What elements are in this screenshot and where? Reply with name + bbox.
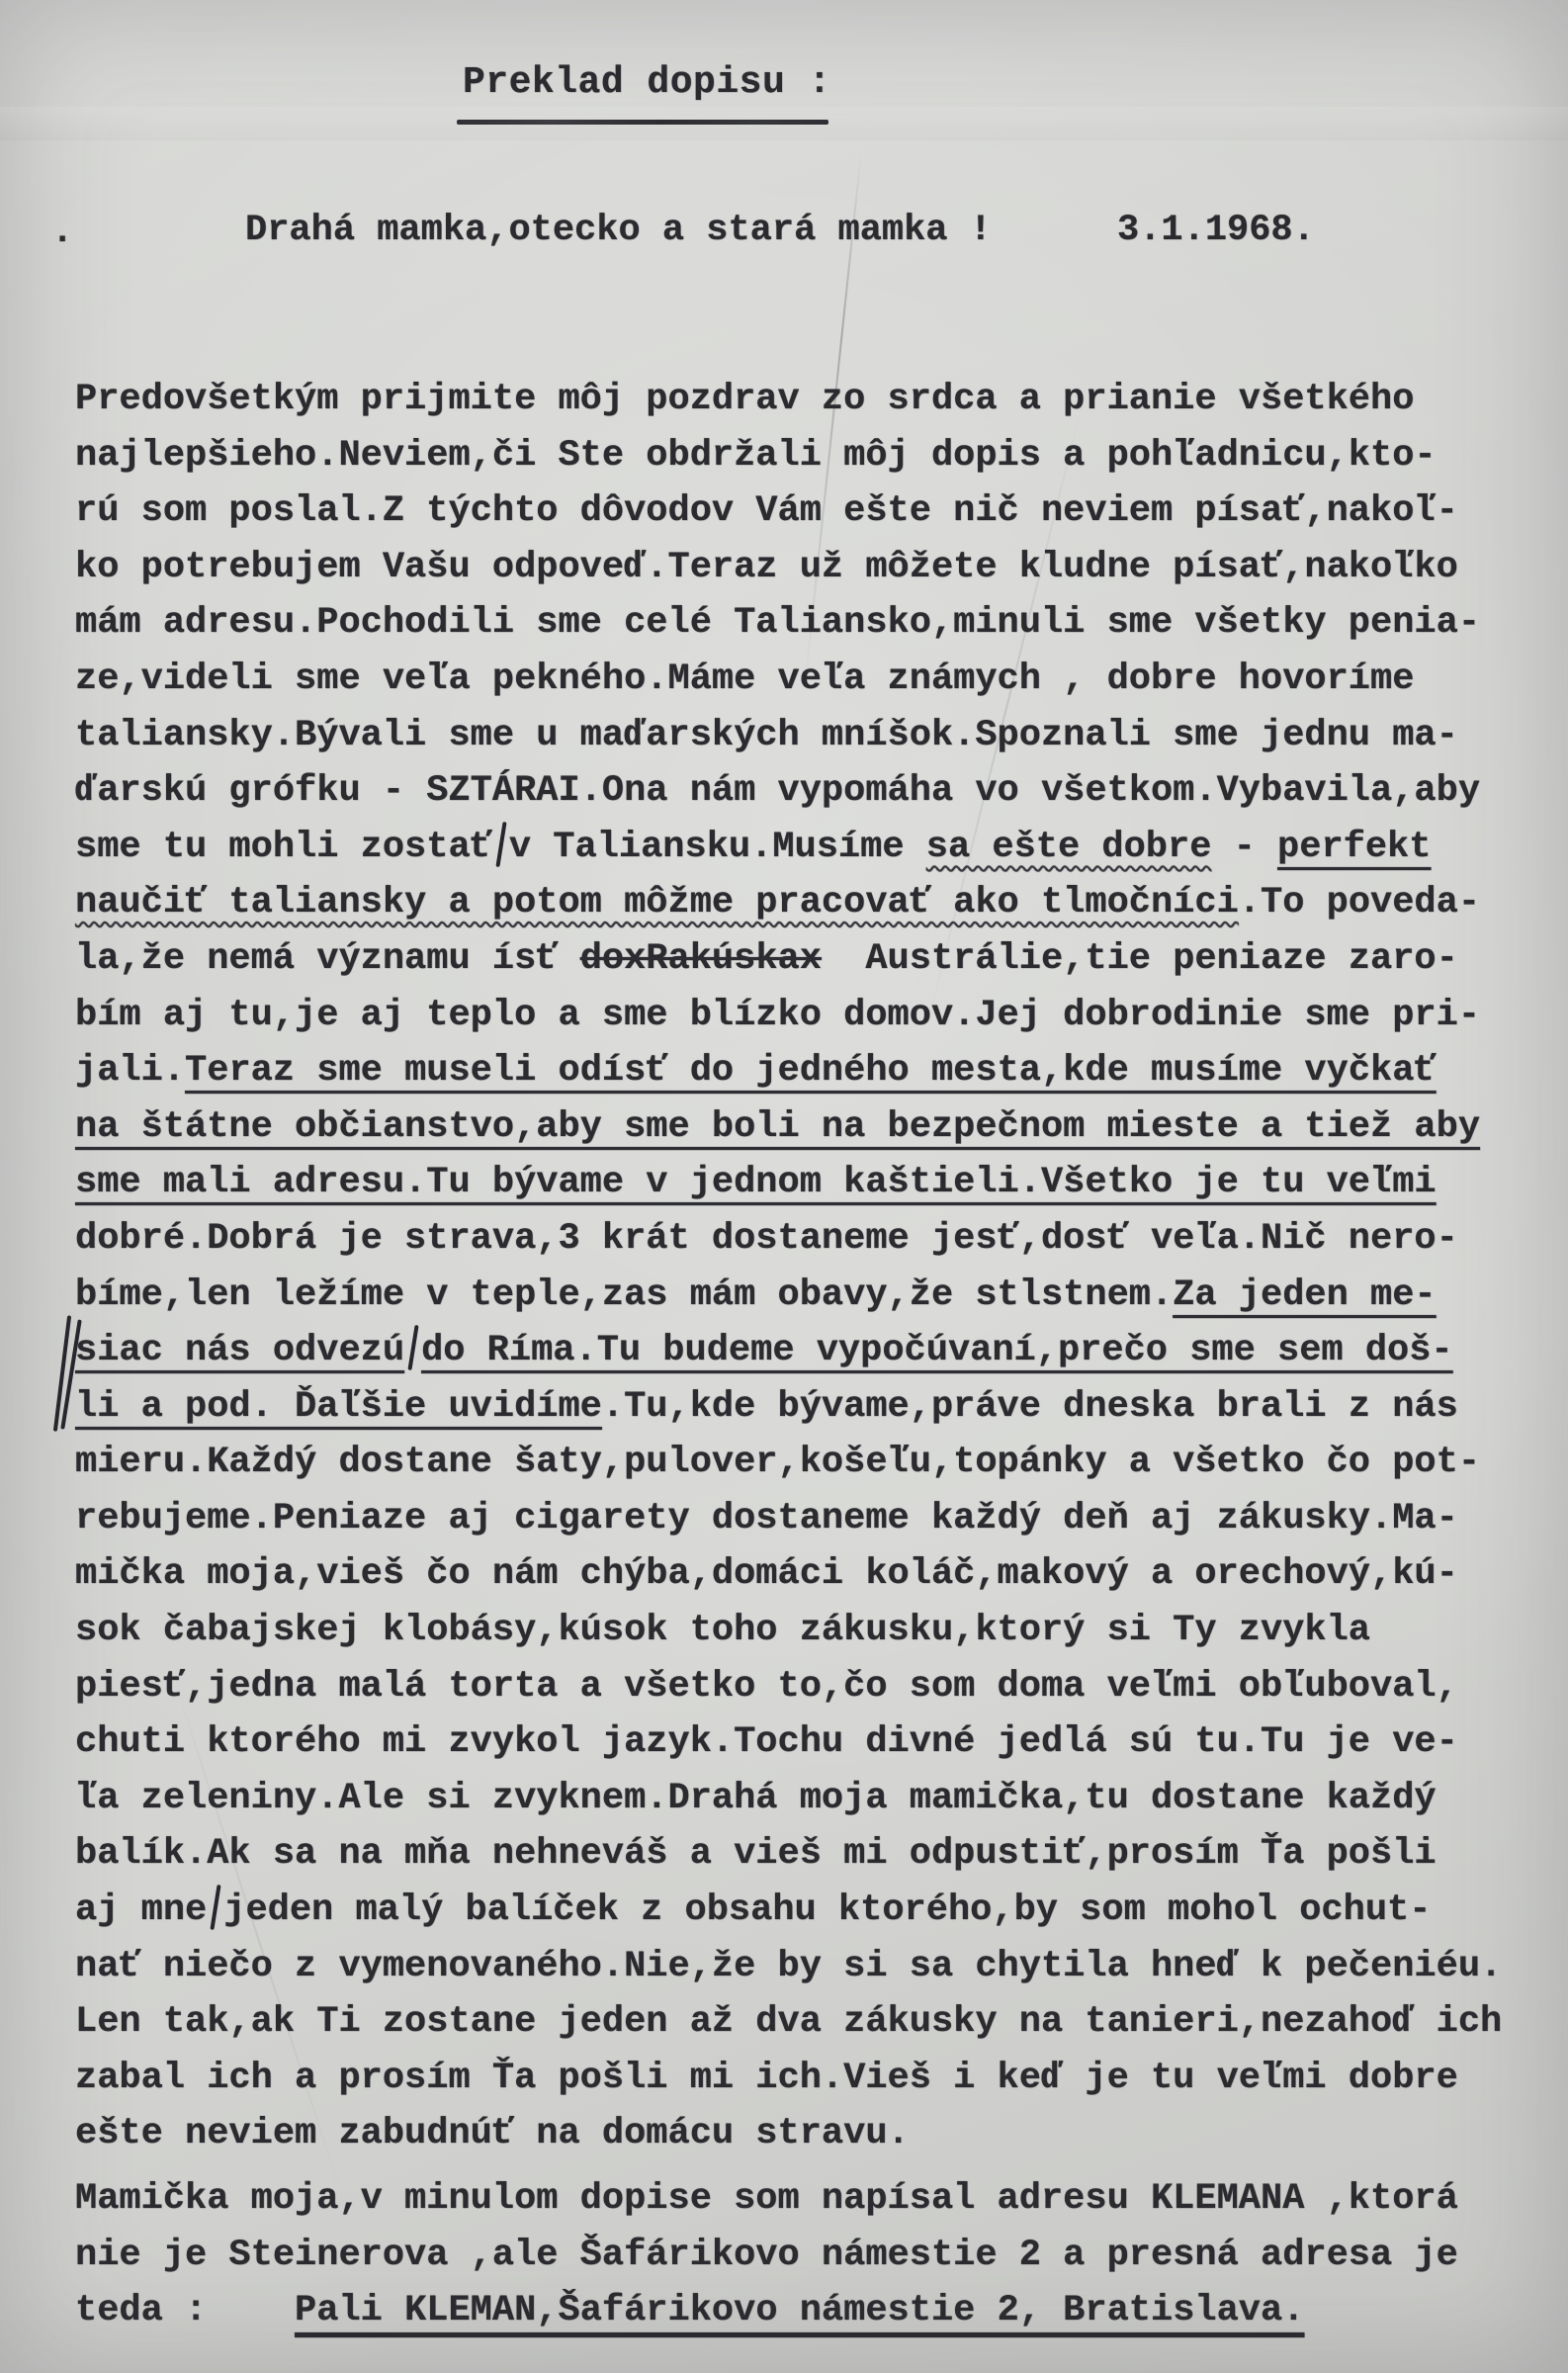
text-segment: ko potrebujem Vašu odpoveď.Teraz už môže…: [75, 547, 1458, 588]
text-segment: -: [1211, 827, 1277, 868]
text-line: ďarskú grófku - SZTÁRAI.Ona nám vypomáha…: [75, 763, 1502, 820]
text-line: naučiť taliansky a potom môžme pracovať …: [75, 875, 1502, 931]
text-segment: zabal ich a prosím Ťa pošli mi ich.Vieš …: [75, 2058, 1458, 2099]
text-line: la,že nemá významu ísť doxRakúskax Austr…: [75, 931, 1502, 988]
text-segment: Predovšetkým prijmite môj pozdrav zo srd…: [75, 379, 1414, 420]
pen-tick-mark: [407, 1325, 418, 1370]
text-line: najlepšieho.Neviem,či Ste obdržali môj d…: [75, 428, 1502, 484]
text-segment: ďarskú grófku - SZTÁRAI.Ona nám vypomáha…: [75, 770, 1480, 812]
struck-text: doxRakúskax: [580, 938, 822, 980]
text-segment: najlepšieho.Neviem,či Ste obdržali môj d…: [75, 435, 1437, 477]
text-segment: bím aj tu,je aj teplo a sme blízko domov…: [75, 995, 1480, 1036]
text-line: siac nás odvezúdo Ríma.Tu budeme vypočúv…: [75, 1323, 1502, 1379]
text-segment: ze,videli sme veľa pekného.Máme veľa zná…: [75, 659, 1414, 700]
text-line: mička moja,vieš čo nám chýba,domáci kolá…: [75, 1546, 1502, 1603]
text-segment: Len tak,ak Ti zostane jeden až dva zákus…: [75, 2001, 1502, 2043]
text-segment: jali.: [75, 1050, 185, 1092]
text-line: rú som poslal.Z týchto dôvodov Vám ešte …: [75, 483, 1502, 540]
underlined-text: sme mali adresu.Tu bývame v jednom kašti…: [75, 1162, 1437, 1203]
salutation: Drahá mamka,otecko a stará mamka !: [245, 210, 992, 251]
text-segment: la,že nemá významu ísť: [75, 938, 580, 980]
text-segment: nie je Steinerova ,ale Šafárikovo námest…: [75, 2235, 1458, 2276]
underlined-text: na štátne občianstvo,aby sme boli na bez…: [75, 1106, 1480, 1148]
text-segment: aj mne: [75, 1890, 207, 1931]
text-segment: .To poveda-: [1239, 882, 1480, 923]
letter-date: 3.1.1968.: [1117, 210, 1315, 251]
text-line: aj mnejeden malý balíček z obsahu ktoréh…: [75, 1883, 1502, 1939]
text-line: nať niečo z vymenovaného.Nie,že by si sa…: [75, 1939, 1502, 1995]
text-line: li a pod. Ďaľšie uvidíme.Tu,kde bývame,p…: [75, 1379, 1502, 1436]
text-segment: balík.Ak sa na mňa nehneváš a vieš mi od…: [75, 1833, 1437, 1875]
underlined-text: li a pod. Ďaľšie uvidíme: [75, 1386, 602, 1428]
underlined-text: naučiť taliansky a potom môžme pracovať …: [75, 882, 1239, 923]
text-line: ešte neviem zabudnúť na domácu stravu.: [75, 2106, 1502, 2162]
text-line: piesť,jedna malá torta a všetko to,čo so…: [75, 1659, 1502, 1715]
text-segment: chuti ktorého mi zvykol jazyk.Tochu divn…: [75, 1721, 1458, 1763]
text-segment: sok čabajskej klobásy,kúsok toho zákusku…: [75, 1610, 1370, 1651]
title-underline: [457, 120, 828, 125]
text-segment: Mamička moja,v minulom dopise som napísa…: [75, 2178, 1458, 2220]
text-line: ľa zeleniny.Ale si zvyknem.Drahá moja ma…: [75, 1771, 1502, 1827]
underlined-text: Teraz sme museli odísť do jedného mesta,…: [185, 1050, 1437, 1092]
underlined-text: do Ríma.Tu budeme vypočúvaní,prečo sme s…: [421, 1330, 1453, 1371]
text-line: Len tak,ak Ti zostane jeden až dva zákus…: [75, 1994, 1502, 2051]
text-line: bím aj tu,je aj teplo a sme blízko domov…: [75, 988, 1502, 1044]
document-title: Preklad dopisu :: [463, 61, 831, 104]
text-segment: taliansky.Bývali sme u maďarských mníšok…: [75, 715, 1458, 756]
text-segment: ľa zeleniny.Ale si zvyknem.Drahá moja ma…: [75, 1778, 1437, 1819]
text-line: balík.Ak sa na mňa nehneváš a vieš mi od…: [75, 1826, 1502, 1883]
pen-tick-mark: [211, 1885, 221, 1930]
text-line: sme tu mohli zostaťv Taliansku.Musíme sa…: [75, 820, 1502, 876]
text-line: bíme,len ležíme v teple,zas mám obavy,že…: [75, 1268, 1502, 1324]
pen-tick-mark: [495, 822, 506, 867]
letter-body-paragraph-2: Mamička moja,v minulom dopise som napísa…: [75, 2171, 1458, 2339]
text-segment: mička moja,vieš čo nám chýba,domáci kolá…: [75, 1553, 1458, 1595]
underlined-text: perfekt: [1277, 827, 1431, 868]
text-line: Predovšetkým prijmite môj pozdrav zo srd…: [75, 372, 1502, 428]
text-line: mám adresu.Pochodili sme celé Taliansko,…: [75, 595, 1502, 652]
underlined-text: Za jeden me-: [1173, 1274, 1436, 1316]
text-line: jali.Teraz sme museli odísť do jedného m…: [75, 1043, 1502, 1099]
text-segment: jeden malý balíček z obsahu ktorého,by s…: [223, 1890, 1431, 1931]
text-line: ze,videli sme veľa pekného.Máme veľa zná…: [75, 652, 1502, 708]
text-segment: rú som poslal.Z týchto dôvodov Vám ešte …: [75, 490, 1458, 532]
text-segment: .Tu,kde bývame,práve dneska brali z nás: [602, 1386, 1458, 1428]
text-segment: Austrálie,tie peniaze zaro-: [822, 938, 1458, 980]
text-segment: mám adresu.Pochodili sme celé Taliansko,…: [75, 602, 1480, 644]
text-segment: v Taliansku.Musíme: [509, 827, 926, 868]
text-line: rebujeme.Peniaze aj cigarety dostaneme k…: [75, 1491, 1502, 1547]
text-line: na štátne občianstvo,aby sme boli na bez…: [75, 1099, 1502, 1156]
margin-pen-mark: [55, 1313, 83, 1438]
text-segment: piesť,jedna malá torta a všetko to,čo so…: [75, 1666, 1458, 1708]
text-segment: nať niečo z vymenovaného.Nie,že by si sa…: [75, 1946, 1502, 1987]
text-line: taliansky.Bývali sme u maďarských mníšok…: [75, 708, 1502, 764]
text-segment: dobré.Dobrá je strava,3 krát dostaneme j…: [75, 1218, 1458, 1260]
text-segment: ešte neviem zabudnúť na domácu stravu.: [75, 2113, 910, 2154]
text-line: dobré.Dobrá je strava,3 krát dostaneme j…: [75, 1211, 1502, 1268]
text-segment: bíme,len ležíme v teple,zas mám obavy,že…: [75, 1274, 1173, 1316]
text-line: teda : Pali KLEMAN,Šafárikovo námestie 2…: [75, 2283, 1458, 2339]
underlined-text: siac nás odvezú: [75, 1330, 404, 1371]
text-line: zabal ich a prosím Ťa pošli mi ich.Vieš …: [75, 2051, 1502, 2107]
scanned-letter-page: Preklad dopisu : . Drahá mamka,otecko a …: [0, 0, 1568, 2373]
text-segment: teda :: [75, 2290, 295, 2331]
letter-body-paragraph-1: Predovšetkým prijmite môj pozdrav zo srd…: [75, 372, 1502, 2162]
text-line: chuti ktorého mi zvykol jazyk.Tochu divn…: [75, 1714, 1502, 1771]
text-line: nie je Steinerova ,ale Šafárikovo námest…: [75, 2228, 1458, 2284]
text-segment: mieru.Každý dostane šaty,pulover,košeľu,…: [75, 1442, 1480, 1483]
underlined-text: sa ešte dobre: [926, 827, 1212, 868]
text-line: Mamička moja,v minulom dopise som napísa…: [75, 2171, 1458, 2228]
underlined-text: Pali KLEMAN,Šafárikovo námestie 2, Brati…: [295, 2290, 1304, 2331]
text-line: mieru.Každý dostane šaty,pulover,košeľu,…: [75, 1435, 1502, 1491]
text-line: sme mali adresu.Tu bývame v jednom kašti…: [75, 1155, 1502, 1211]
text-line: sok čabajskej klobásy,kúsok toho zákusku…: [75, 1603, 1502, 1659]
stray-period-mark: .: [51, 212, 73, 253]
text-segment: rebujeme.Peniaze aj cigarety dostaneme k…: [75, 1498, 1458, 1539]
text-segment: sme tu mohli zostať: [75, 827, 492, 868]
text-line: ko potrebujem Vašu odpoveď.Teraz už môže…: [75, 540, 1502, 596]
